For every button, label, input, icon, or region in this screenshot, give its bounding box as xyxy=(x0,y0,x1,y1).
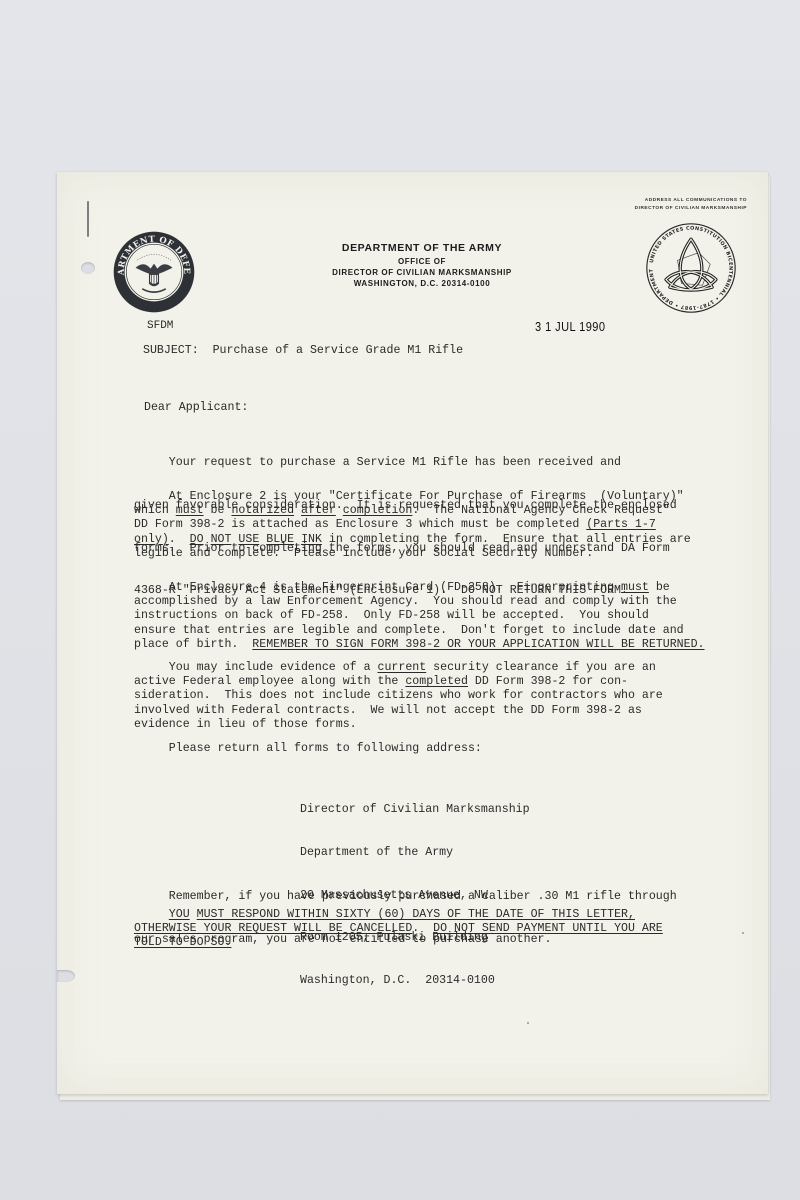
underlined-text: NOT xyxy=(211,533,232,546)
letterhead-title: DEPARTMENT OF THE ARMY xyxy=(257,242,587,254)
letter-page: DEPARTMENT OF DEFENSE UNITED STATES OF A… xyxy=(57,172,768,1094)
text-segment: DD Form 398-2 is attached as Enclosure 3… xyxy=(134,518,586,531)
text-segment: sideration. This does not include citize… xyxy=(134,689,663,702)
text-line: YOU MUST RESPOND WITHIN SIXTY (60) DAYS … xyxy=(134,908,663,922)
paper-speck xyxy=(725,294,727,296)
text-segment: You may include evidence of a xyxy=(134,661,378,674)
underlined-text: (Parts 1-7 xyxy=(586,518,656,531)
text-segment xyxy=(134,908,169,921)
underlined-text: after xyxy=(301,504,336,517)
text-line: which must be notarized after completion… xyxy=(134,504,691,518)
text-line: only). DO NOT USE BLUE INK in completing… xyxy=(134,533,691,547)
underlined-text: notarized xyxy=(231,504,294,517)
date-stamp: 3 1 JUL 1990 xyxy=(535,319,605,334)
text-line: DD Form 398-2 is attached as Enclosure 3… xyxy=(134,518,691,532)
address-line: Department of the Army xyxy=(300,846,530,860)
svg-text:UNITED STATES CONSTITUTION BIC: UNITED STATES CONSTITUTION BICENTENNIAL … xyxy=(643,220,733,310)
punch-hole xyxy=(81,262,95,274)
paragraph-enclosure-4: At Enclosure 4 is the Fingerprint Card (… xyxy=(134,581,705,652)
subject-line: SUBJECT: Purchase of a Service Grade M1 … xyxy=(143,344,463,358)
text-line: active Federal employee along with the c… xyxy=(134,675,663,689)
dod-seal-icon: DEPARTMENT OF DEFENSE UNITED STATES OF A… xyxy=(112,230,196,314)
underlined-text: TOLD TO DO SO. xyxy=(134,936,231,949)
paragraph-respond-deadline: YOU MUST RESPOND WITHIN SIXTY (60) DAYS … xyxy=(134,908,663,951)
text-segment: legible and complete. Please include you… xyxy=(134,547,593,560)
text-line: You may include evidence of a current se… xyxy=(134,661,663,675)
text-segment: accomplished by a law Enforcement Agency… xyxy=(134,595,677,608)
text-segment: involved with Federal contracts. We will… xyxy=(134,704,642,717)
salutation: Dear Applicant: xyxy=(144,401,248,415)
underlined-text: OTHERWISE YOUR REQUEST WILL BE CANCELLED xyxy=(134,922,412,935)
underlined-text: current xyxy=(378,661,427,674)
text-line: legible and complete. Please include you… xyxy=(134,547,691,561)
underlined-text: YOU xyxy=(169,908,190,921)
underlined-text: only) xyxy=(134,533,169,546)
paragraph-security-clearance: You may include evidence of a current se… xyxy=(134,661,663,732)
address-note: ADDRESS ALL COMMUNICATIONS TO DIRECTOR O… xyxy=(587,197,747,213)
letterhead-line: OFFICE OF xyxy=(257,256,587,267)
address-note-line: DIRECTOR OF CIVILIAN MARKSMANSHIP xyxy=(587,205,747,213)
text-segment xyxy=(204,533,211,546)
underlined-text: DO xyxy=(190,533,204,546)
paragraph-enclosure-2-3: At Enclosure 2 is your "Certificate For … xyxy=(134,490,691,561)
text-line: Remember, if you have previously purchas… xyxy=(134,890,677,904)
text-line: TOLD TO DO SO. xyxy=(134,936,663,950)
staple-mark xyxy=(87,201,89,237)
office-symbol: SFDM xyxy=(147,319,173,333)
text-segment xyxy=(294,504,301,517)
text-segment: At Enclosure 4 is the Fingerprint Card (… xyxy=(134,581,621,594)
underlined-text: BLUE xyxy=(266,533,294,546)
text-segment: DD Form 398-2 for con- xyxy=(468,675,628,688)
text-segment: . The National Agency Check Request" xyxy=(412,504,669,517)
letterhead-line: WASHINGTON, D.C. 20314-0100 xyxy=(257,278,587,289)
underlined-text: REMEMBER TO SIGN FORM 398-2 OR YOUR APPL… xyxy=(252,638,704,651)
text-line: instructions on back of FD-258. Only FD-… xyxy=(134,609,705,623)
text-segment: evidence in lieu of those forms. xyxy=(134,718,357,731)
underlined-text: completed xyxy=(405,675,468,688)
address-note-line: ADDRESS ALL COMMUNICATIONS TO xyxy=(587,197,747,205)
text-line: At Enclosure 2 is your "Certificate For … xyxy=(134,490,691,504)
text-segment: which xyxy=(134,504,176,517)
underlined-text: USE xyxy=(238,533,259,546)
text-segment: At Enclosure 2 is your "Certificate For … xyxy=(134,490,684,503)
text-segment: . xyxy=(169,533,190,546)
paragraph-return-forms: Please return all forms to following add… xyxy=(134,742,482,756)
text-segment: in completing the form. Ensure that all … xyxy=(322,533,691,546)
address-line: Washington, D.C. 20314-0100 xyxy=(300,974,530,988)
text-segment: instructions on back of FD-258. Only FD-… xyxy=(134,609,649,622)
text-line: At Enclosure 4 is the Fingerprint Card (… xyxy=(134,581,705,595)
text-line: Your request to purchase a Service M1 Ri… xyxy=(134,456,677,470)
address-line: Director of Civilian Marksmanship xyxy=(300,803,530,817)
underlined-text: INK xyxy=(301,533,322,546)
underlined-text: must xyxy=(176,504,204,517)
text-segment: security clearance if you are an xyxy=(426,661,656,674)
text-segment: be xyxy=(204,504,232,517)
text-segment xyxy=(190,908,197,921)
text-line: involved with Federal contracts. We will… xyxy=(134,704,663,718)
paper-speck xyxy=(742,932,744,934)
text-segment: place of birth. xyxy=(134,638,252,651)
text-segment: ensure that entries are legible and comp… xyxy=(134,624,684,637)
text-segment xyxy=(336,504,343,517)
text-line: ensure that entries are legible and comp… xyxy=(134,624,705,638)
text-line: place of birth. REMEMBER TO SIGN FORM 39… xyxy=(134,638,705,652)
text-segment: be xyxy=(649,581,670,594)
paper-speck xyxy=(527,1022,529,1024)
underlined-text: completion xyxy=(343,504,413,517)
text-line: evidence in lieu of those forms. xyxy=(134,718,663,732)
text-segment: . xyxy=(412,922,433,935)
underlined-text: must xyxy=(621,581,649,594)
letterhead-line: DIRECTOR OF CIVILIAN MARKSMANSHIP xyxy=(257,267,587,278)
bicentennial-seal-icon: UNITED STATES CONSTITUTION BICENTENNIAL … xyxy=(643,220,739,316)
underlined-text: MUST RESPOND WITHIN SIXTY (60) DAYS OF T… xyxy=(197,908,635,921)
text-line: accomplished by a law Enforcement Agency… xyxy=(134,595,705,609)
letterhead: DEPARTMENT OF THE ARMY OFFICE OF DIRECTO… xyxy=(257,242,587,289)
text-segment: active Federal employee along with the xyxy=(134,675,405,688)
punch-hole xyxy=(57,970,75,982)
text-line: sideration. This does not include citize… xyxy=(134,689,663,703)
text-line: OTHERWISE YOUR REQUEST WILL BE CANCELLED… xyxy=(134,922,663,936)
underlined-text: DO NOT SEND PAYMENT UNTIL YOU ARE xyxy=(433,922,663,935)
